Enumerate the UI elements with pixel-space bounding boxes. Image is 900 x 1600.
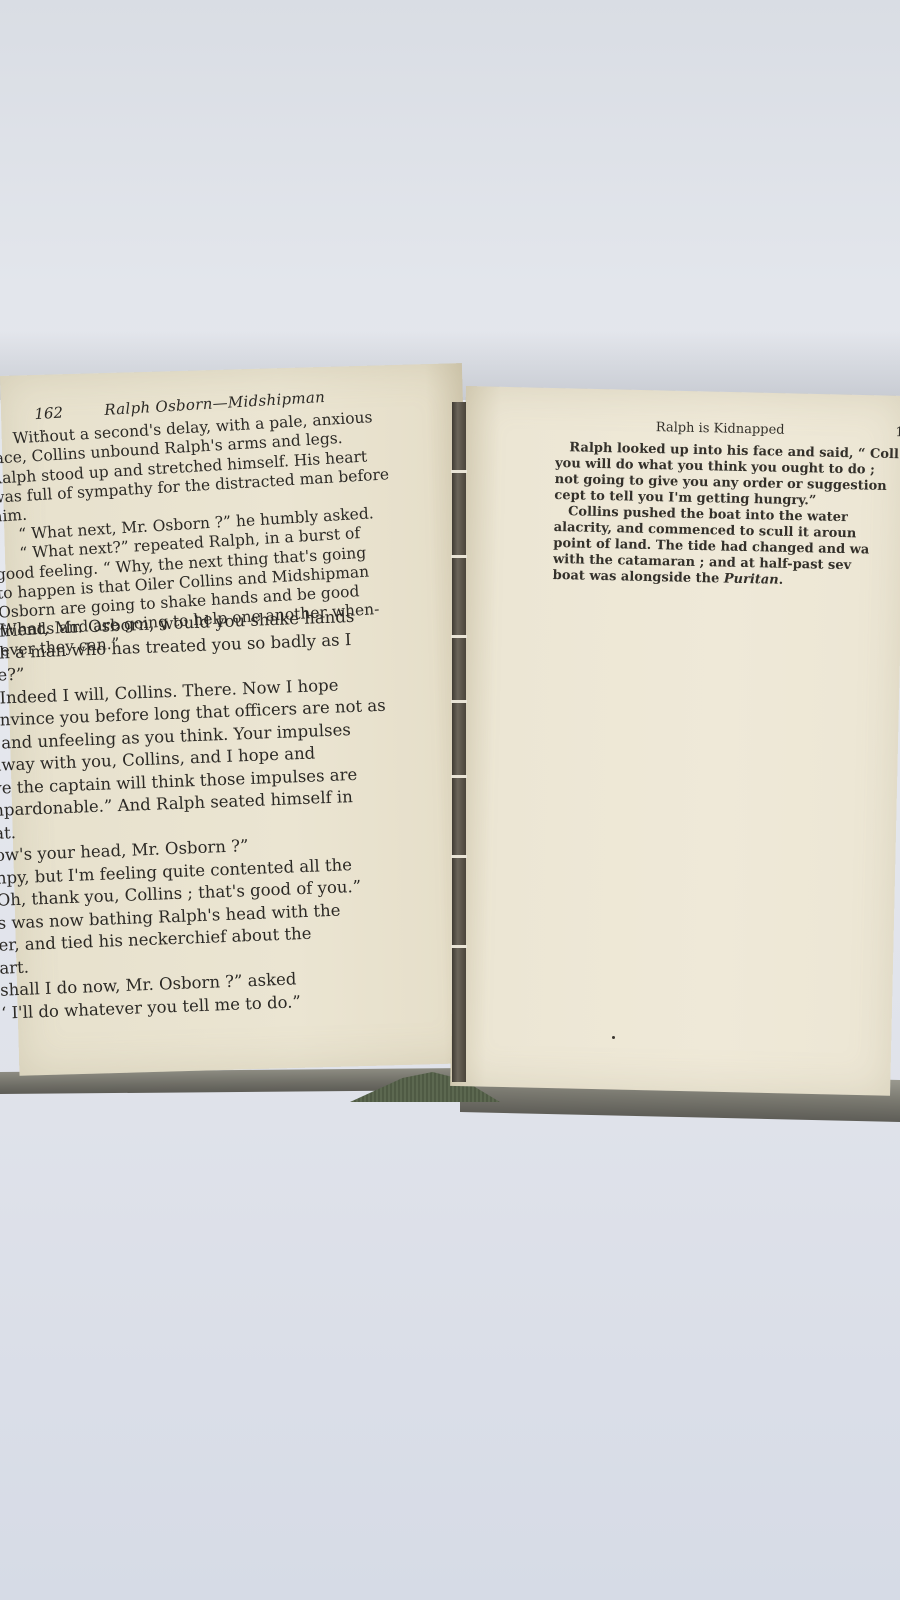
binding-stitch: [451, 855, 467, 858]
binding-stitch: [451, 635, 467, 638]
paper-speck: [612, 1036, 615, 1039]
page-number: 1: [895, 425, 900, 441]
binding-stitch: [451, 700, 467, 703]
right-page-text: Ralph is Kidnapped 1 Ralph looked up int…: [553, 418, 900, 591]
book-gutter: [452, 402, 466, 1082]
right-lines: Ralph looked up into his face and said, …: [553, 440, 900, 591]
running-head-title: Ralph is Kidnapped: [656, 420, 785, 439]
ship-name: Puritan: [724, 572, 779, 588]
binding-stitch: [451, 945, 467, 948]
left-page-lower-text: “ What, Mr. Osborn, would you shake hand…: [0, 605, 387, 1025]
binding-stitch: [451, 555, 467, 558]
binding-stitch: [451, 470, 467, 473]
left-lower-lines: “ What, Mr. Osborn, would you shake hand…: [0, 605, 387, 1025]
binding-stitch: [451, 775, 467, 778]
